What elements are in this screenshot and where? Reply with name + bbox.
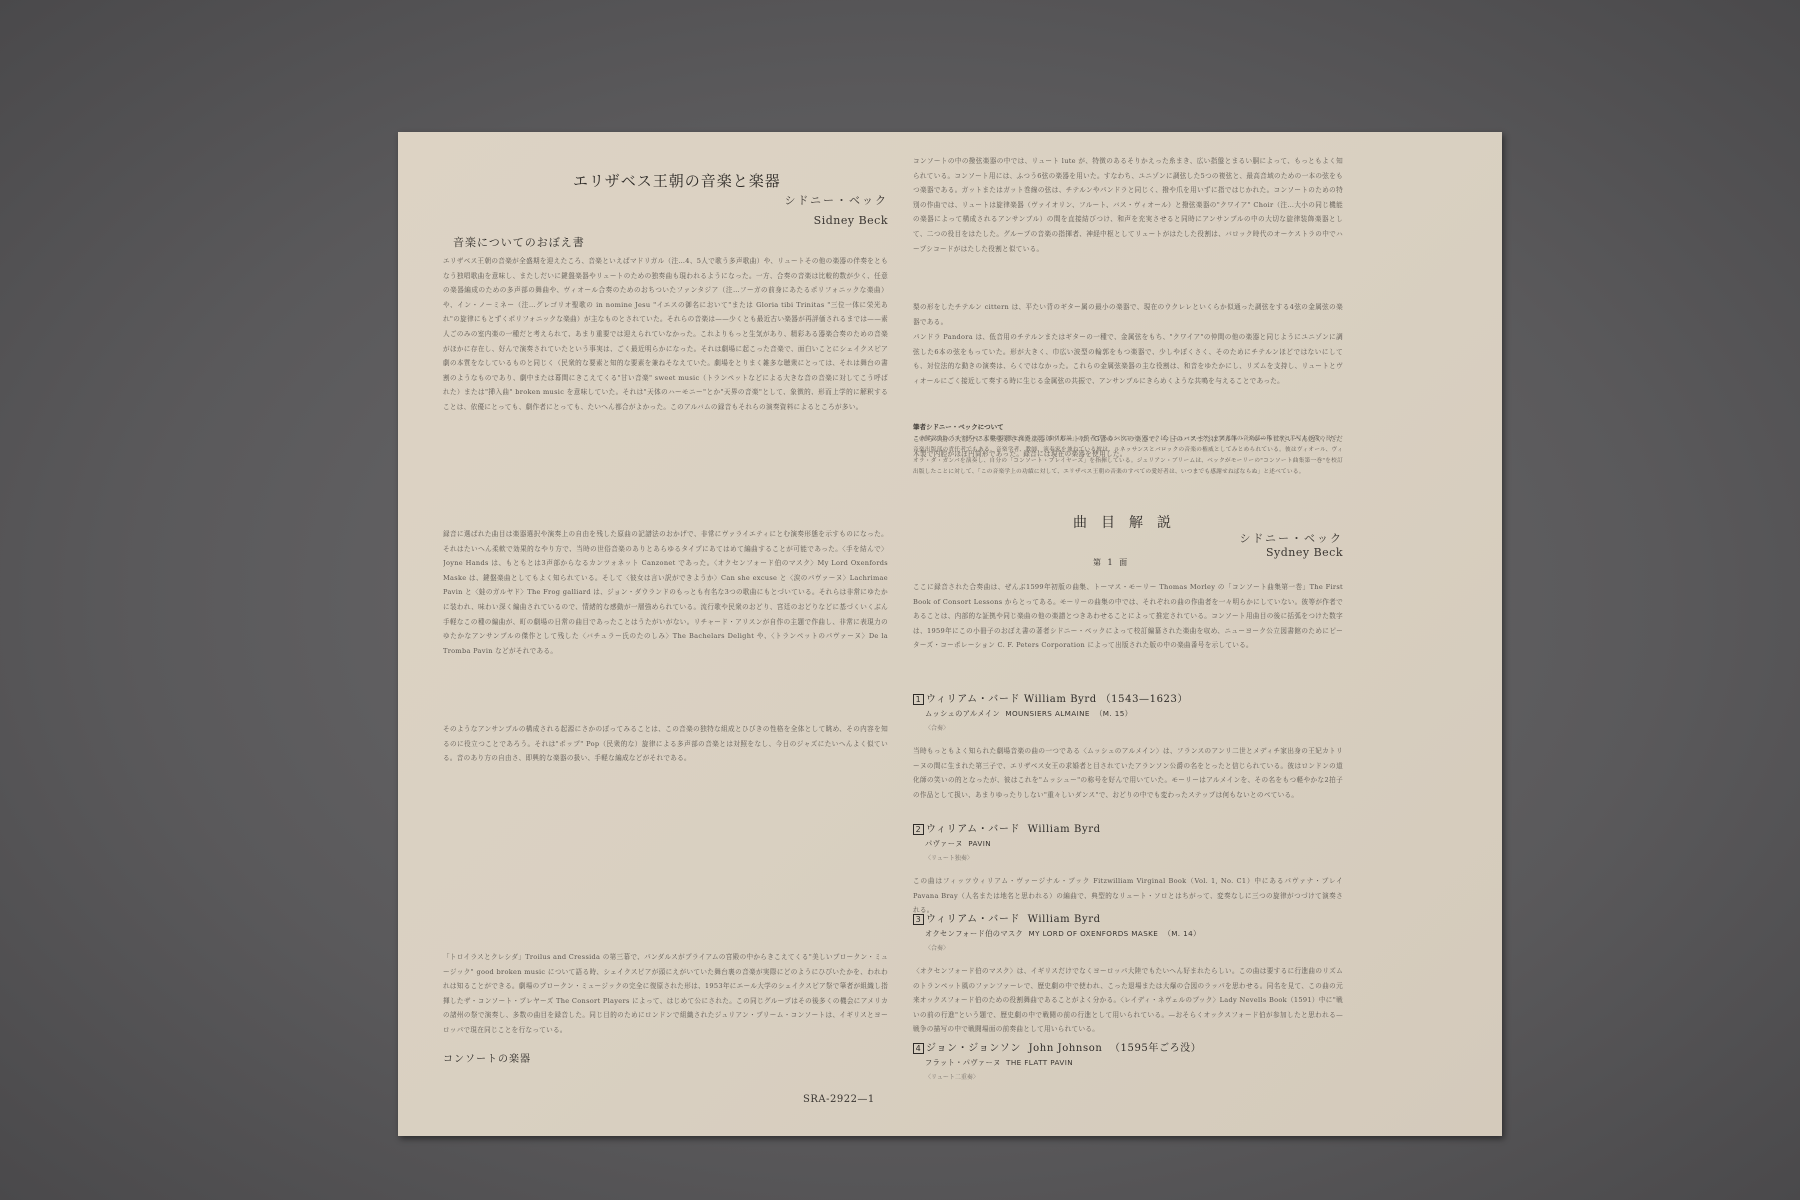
program-notes-author-jp: シドニー・ベック <box>1239 530 1343 546</box>
track-title-jp: フラット・パヴァーヌ <box>925 1058 1001 1067</box>
track-number: 1 <box>913 694 924 705</box>
track-title-jp: パヴァーヌ <box>925 839 963 848</box>
side-label: 第 1 面 <box>1093 557 1129 568</box>
track-title-jp: オクセンフォード伯のマスク <box>925 929 1023 938</box>
track-instrumentation: 〈合奏〉 <box>925 723 1343 732</box>
track-instrumentation: 〈合奏〉 <box>925 943 1343 952</box>
track-composer-jp: ウィリアム・バード <box>926 914 1020 925</box>
liner-notes-sheet: エリザベス王朝の音楽と楽器 シドニー・ベック Sidney Beck 音楽につい… <box>398 132 1502 1136</box>
track-4: 4ジョン・ジョンソン John Johnson （1595年ごろ没） フラット・… <box>913 1039 1343 1081</box>
track-instrumentation: 〈リュート二重奏〉 <box>925 1072 1343 1081</box>
paragraph-pandora: パンドラ Pandora は、低音用のチテルンまたはギターの一種で、金属弦をもち… <box>913 330 1343 432</box>
section-heading-notes: 音楽についてのおぼえ書 <box>453 234 585 250</box>
about-author-text: この解説書の「エリザベス王朝の音楽と楽器」と「曲目解説」の筆者であるシドニー・ベ… <box>913 434 1343 500</box>
about-author-heading: 筆者シドニー・ベックについて <box>913 422 1004 431</box>
program-notes-intro: ここに録音された合奏曲は、ぜんぶ1599年初版の曲集、トーマス・モーリー Tho… <box>913 580 1343 686</box>
track-title-en: MY LORD OF OXENFORDS MASKE <box>1029 929 1159 938</box>
track-title-en: MOUNSIERS ALMAINE <box>1005 709 1089 718</box>
paragraph-3: そのようなアンサンブルの構成される起源にさかのぼってみることは、この音楽の独特な… <box>443 722 888 947</box>
track-composer-en: William Byrd <box>1028 824 1101 835</box>
track-number: 4 <box>913 1043 924 1054</box>
track-composer-en: William Byrd <box>1028 914 1101 925</box>
track-title-jp: ムッシュのアルメイン <box>925 709 1000 718</box>
paragraph-cittern: 梨の形をしたチテルン cittern は、平たい背のギター属の最小の楽器で、現在… <box>913 300 1343 330</box>
track-2: 2ウィリアム・バード William Byrd パヴァーヌ PAVIN 〈リュー… <box>913 820 1343 918</box>
track-composer-en: John Johnson <box>1029 1043 1103 1054</box>
track-1: 1ウィリアム・バード William Byrd （1543—1623） ムッシュ… <box>913 690 1343 816</box>
track-composer-jp: ウィリアム・バード <box>926 824 1020 835</box>
track-composer-en: William Byrd <box>1024 694 1097 705</box>
author-name-en: Sidney Beck <box>814 214 888 227</box>
paragraph-1: エリザベス王朝の音楽が全盛期を迎えたころ、音楽といえばマドリガル（注…4、5人で… <box>443 254 888 524</box>
paragraph-2: 録音に選ばれた曲目は楽器選択や演奏上の自由を残した原曲の記譜法のおかげで、非常に… <box>443 527 888 717</box>
paragraph-lute: コンソートの中の撥弦楽器の中では、リュート lute が、特徴のあるそりかえった… <box>913 154 1343 300</box>
catalog-number: SRA-2922—1 <box>803 1094 875 1105</box>
program-notes-author-en: Sydney Beck <box>1266 546 1343 559</box>
track-dates: （1543—1623） <box>1101 694 1189 705</box>
track-composer-jp: ジョン・ジョンソン <box>926 1043 1021 1054</box>
track-catalog: （M. 15） <box>1095 709 1132 718</box>
track-title-en: THE FLATT PAVIN <box>1006 1058 1073 1067</box>
track-number: 3 <box>913 914 924 925</box>
track-instrumentation: 〈リュート独奏〉 <box>925 853 1343 862</box>
track-dates: （1595年ごろ没） <box>1110 1043 1201 1054</box>
track-composer-jp: ウィリアム・バード <box>926 694 1020 705</box>
author-name-jp: シドニー・ベック <box>784 192 888 208</box>
section-heading-consort-instruments: コンソートの楽器 <box>443 1050 531 1065</box>
track-catalog: （M. 14） <box>1164 929 1201 938</box>
program-notes-title: 曲目解説 <box>1073 512 1185 532</box>
document-title: エリザベス王朝の音楽と楽器 <box>573 170 781 191</box>
track-description: 当時もっともよく知られた劇場音楽の曲の一つである〈ムッシュのアルメイン〉は、フラ… <box>913 744 1343 816</box>
track-title-en: PAVIN <box>968 839 991 848</box>
track-number: 2 <box>913 824 924 835</box>
